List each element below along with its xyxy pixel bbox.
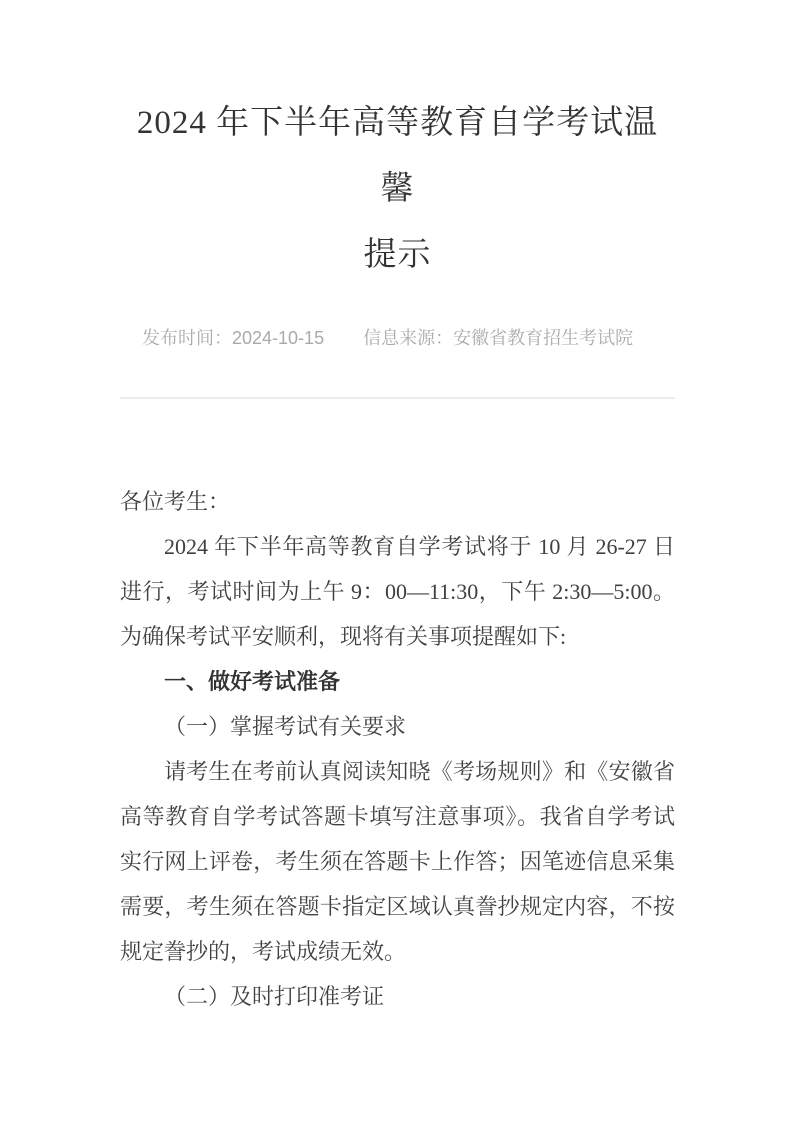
- page-title-line-2: 提示: [120, 222, 675, 288]
- page-title-line-1: 2024 年下半年高等教育自学考试温馨: [120, 90, 675, 222]
- subsection-heading-1-2: （二）及时打印准考证: [120, 974, 675, 1019]
- article-meta: 发布时间：2024-10-15 信息来源：安徽省教育招生考试院: [120, 327, 675, 349]
- salutation: 各位考生：: [120, 479, 675, 524]
- info-source: 信息来源：安徽省教育招生考试院: [363, 327, 633, 349]
- intro-paragraph: 2024 年下半年高等教育自学考试将于 10 月 26-27 日进行，考试时间为…: [120, 524, 675, 659]
- section-heading-1: 一、做好考试准备: [120, 659, 675, 704]
- article-body: 各位考生： 2024 年下半年高等教育自学考试将于 10 月 26-27 日进行…: [120, 479, 675, 1019]
- article-page: 2024 年下半年高等教育自学考试温馨 提示 发布时间：2024-10-15 信…: [0, 0, 793, 1122]
- publish-time: 发布时间：2024-10-15: [142, 327, 324, 349]
- page-title: 2024 年下半年高等教育自学考试温馨 提示: [120, 90, 675, 288]
- divider: [120, 397, 675, 399]
- subsection-heading-1-1: （一）掌握考试有关要求: [120, 704, 675, 749]
- subsection-1-1-paragraph: 请考生在考前认真阅读知晓《考场规则》和《安徽省高等教育自学考试答题卡填写注意事项…: [120, 749, 675, 974]
